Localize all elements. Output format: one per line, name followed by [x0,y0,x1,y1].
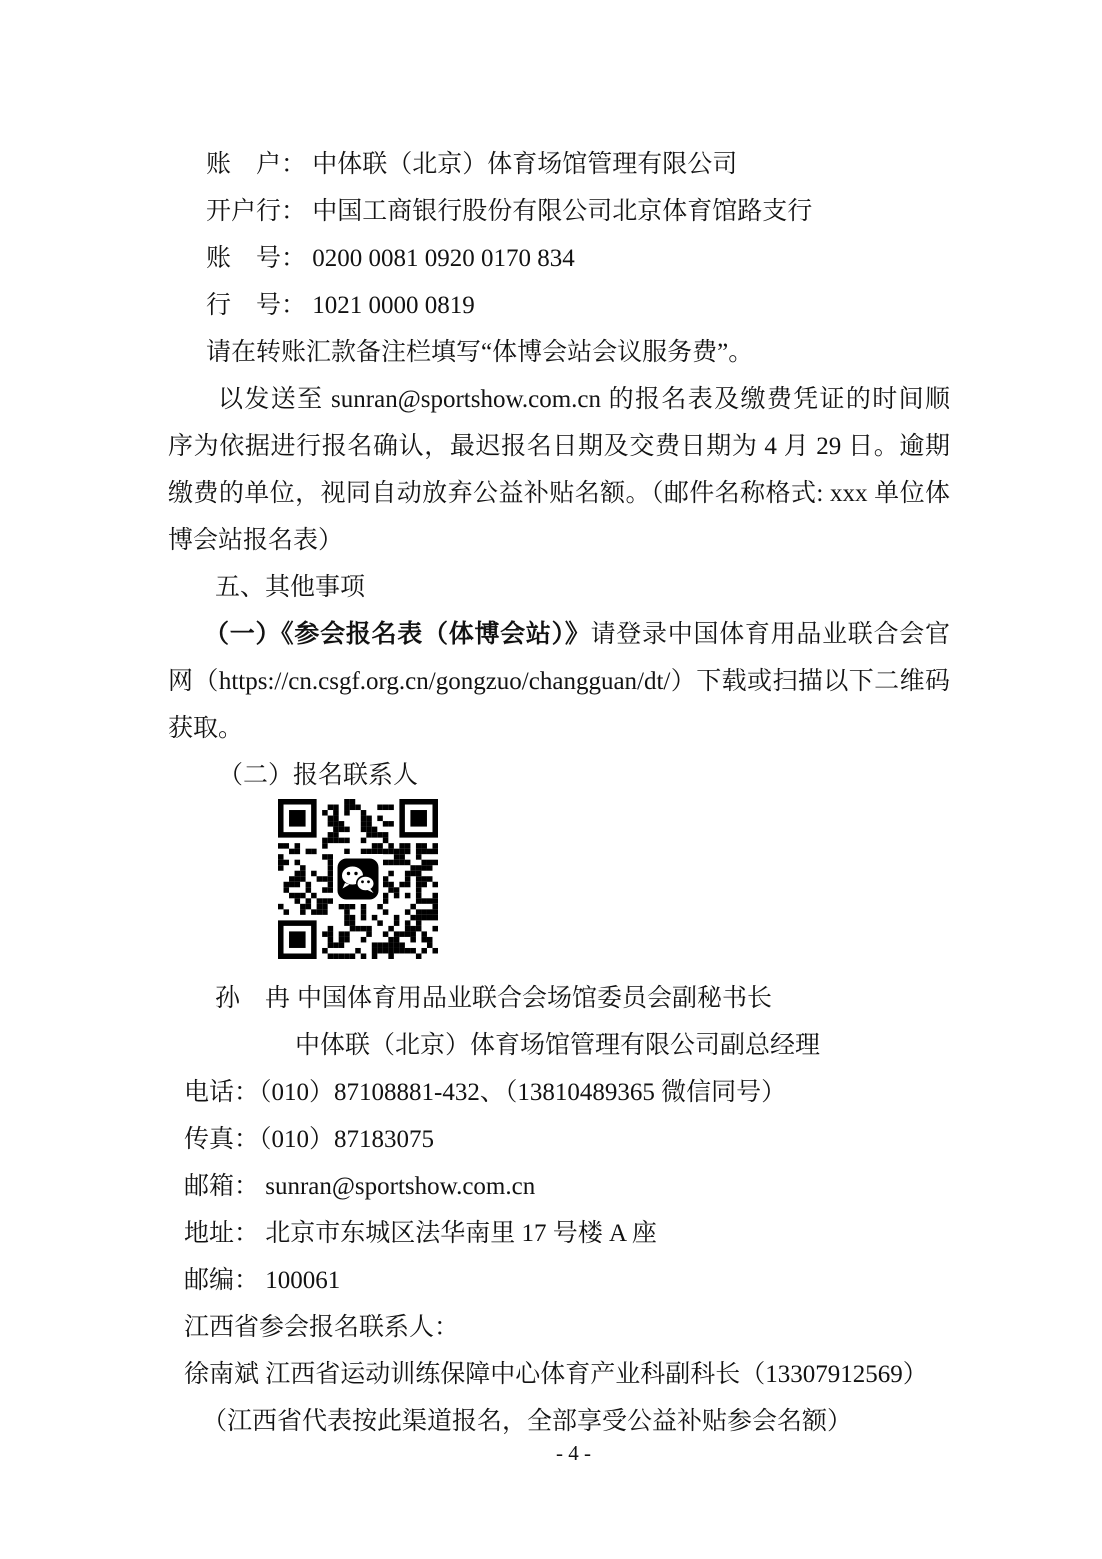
document-page: 账 户： 中体联（北京）体育场馆管理有限公司 开户行： 中国工商银行股份有限公司… [0,0,1102,1559]
bank-branch-line: 开户行： 中国工商银行股份有限公司北京体育馆路支行 [168,188,950,235]
bank-account-holder-line: 账 户： 中体联（北京）体育场馆管理有限公司 [168,141,950,188]
contact-address-line: 地址： 北京市东城区法华南里 17 号楼 A 座 [168,1210,950,1257]
document-body: 账 户： 中体联（北京）体育场馆管理有限公司 开户行： 中国工商银行股份有限公司… [168,141,950,1445]
confirmation-paragraph: 以发送至 sunran@sportshow.com.cn 的报名表及缴费凭证的时… [168,376,950,564]
contact-email-line: 邮箱： sunran@sportshow.com.cn [168,1163,950,1210]
jiangxi-contact-line: 徐南斌 江西省运动训练保障中心体育产业科副科长（13307912569） [168,1351,950,1398]
remit-note-line: 请在转账汇款备注栏填写“体博会站会议服务费”。 [168,329,950,376]
section-heading-other-matters: 五、其他事项 [168,564,950,611]
contact-phone-line: 电话：（010）87108881-432、（13810489365 微信同号） [168,1069,950,1116]
contact-postcode-line: 邮编： 100061 [168,1257,950,1304]
item1-paragraph: （一）《参会报名表（体博会站）》请登录中国体育用品业联合会官网（https://… [168,611,950,752]
page-number: - 4 - [0,1440,1102,1466]
jiangxi-heading: 江西省参会报名联系人： [168,1304,950,1351]
wechat-logo-icon [333,854,383,904]
bank-code-line: 行 号： 1021 0000 0819 [168,282,950,329]
wechat-qr-code [278,799,438,959]
contact-second-title-line: 中体联（北京）体育场馆管理有限公司副总经理 [168,1022,950,1069]
bank-account-number-line: 账 号： 0200 0081 0920 0170 834 [168,235,950,282]
contact-fax-line: 传真：（010）87183075 [168,1116,950,1163]
jiangxi-note-line: （江西省代表按此渠道报名，全部享受公益补贴参会名额） [168,1398,950,1445]
item1-form-title: （一）《参会报名表（体博会站）》 [204,620,591,648]
qr-code-image [278,799,438,959]
contact-name-title-line: 孙 冉 中国体育用品业联合会场馆委员会副秘书长 [168,975,950,1022]
item2-contact-heading: （二）报名联系人 [168,752,950,799]
